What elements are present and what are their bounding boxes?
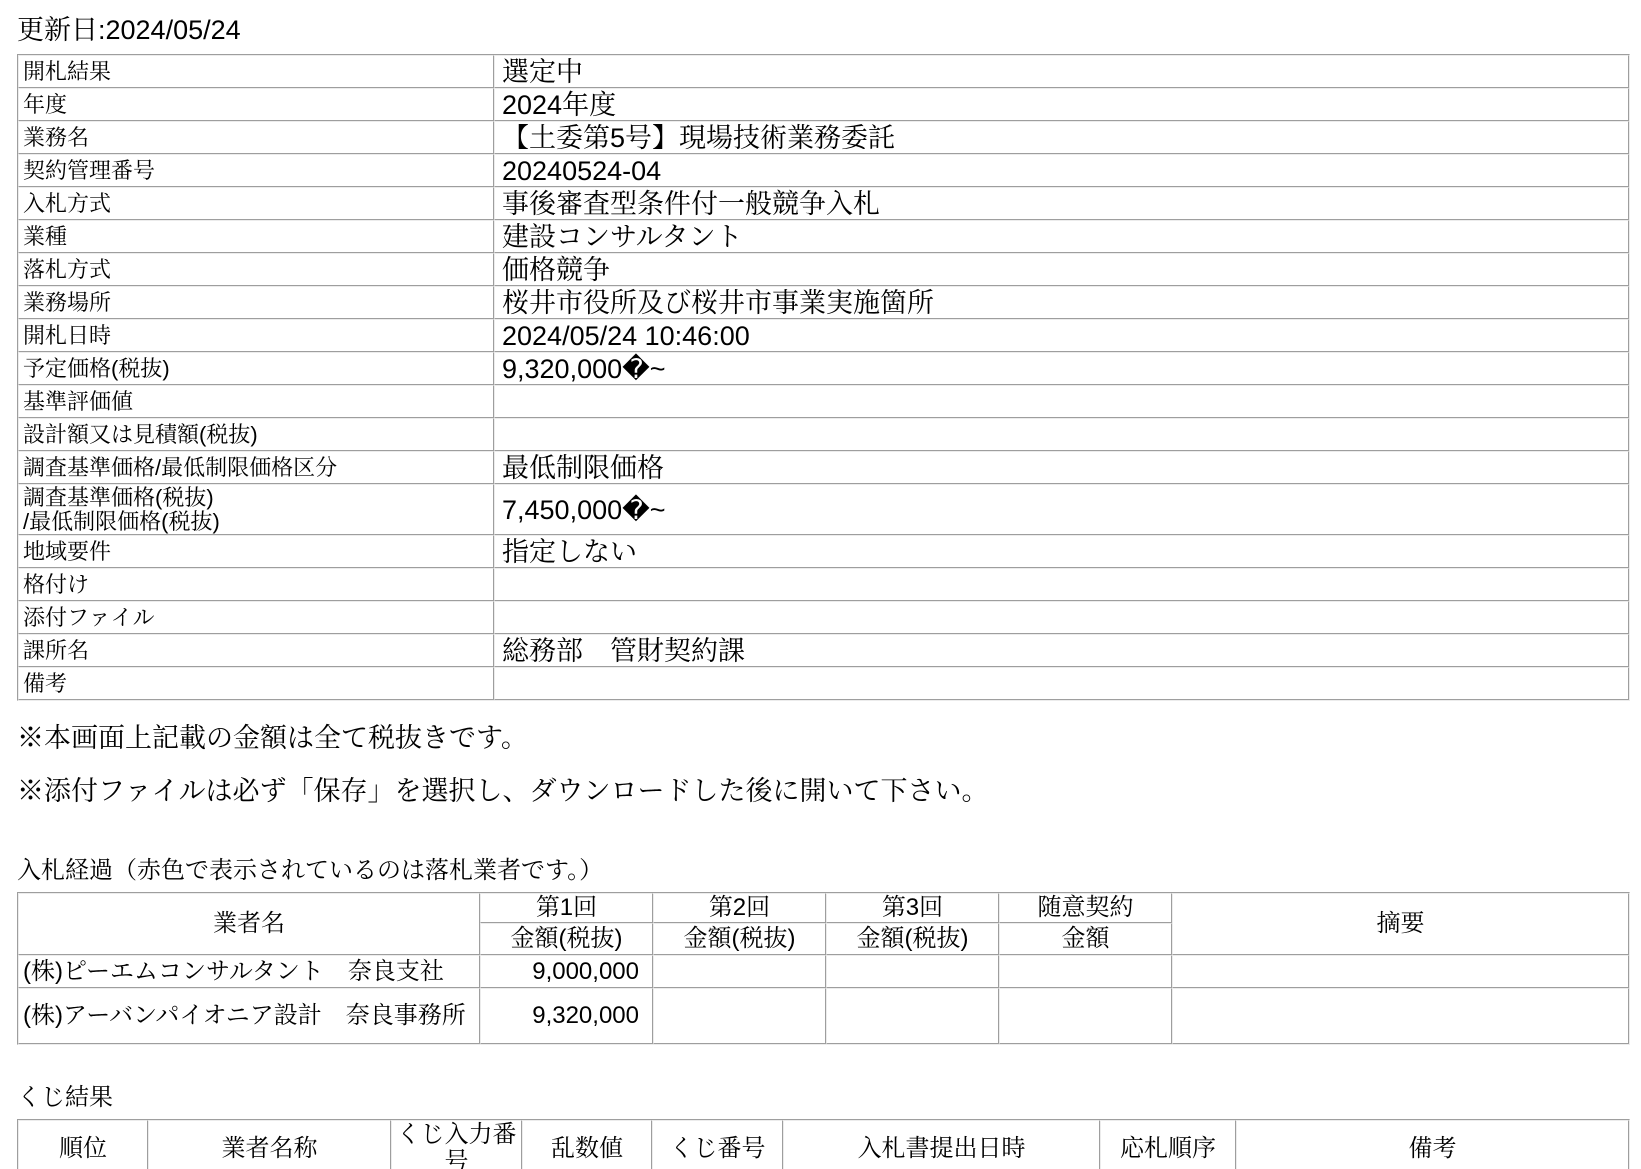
- detail-label: 地域要件: [18, 535, 494, 568]
- detail-row: 落札方式 価格競争: [18, 253, 1629, 286]
- detail-row: 基準評価値: [18, 385, 1629, 418]
- detail-value: [494, 418, 1629, 451]
- bid-history-header-row-1: 業者名 第1回 第2回 第3回 随意契約 摘要: [18, 893, 1629, 923]
- vendor-name-cell: (株)アーバンパイオニア設計 奈良事務所: [18, 988, 480, 1044]
- detail-row: 業務名 【土委第5号】現場技術業務委託: [18, 121, 1629, 154]
- detail-label: 基準評価値: [18, 385, 494, 418]
- rank-header: 順位: [18, 1120, 148, 1169]
- lottery-header-row: 順位 業者名称 くじ入力番号 乱数値 くじ番号 入札書提出日時 応札順序 備考: [18, 1120, 1629, 1169]
- detail-value: [494, 568, 1629, 601]
- detail-label: 予定価格(税抜): [18, 352, 494, 385]
- detail-value: 建設コンサルタント: [494, 220, 1629, 253]
- detail-row: 年度 2024年度: [18, 88, 1629, 121]
- detail-row: 開札日時 2024/05/24 10:46:00: [18, 319, 1629, 352]
- round2-amount-header: 金額(税抜): [653, 923, 826, 955]
- detail-row: 予定価格(税抜) 9,320,000�~: [18, 352, 1629, 385]
- detail-label: 格付け: [18, 568, 494, 601]
- detail-label: 業務名: [18, 121, 494, 154]
- detail-row: 業種 建設コンサルタント: [18, 220, 1629, 253]
- bid-history-heading: 入札経過（赤色で表示されているのは落札業者です。）: [17, 850, 1641, 885]
- detail-value: 価格競争: [494, 253, 1629, 286]
- detail-value: [494, 385, 1629, 418]
- round3-amount-cell: [826, 955, 999, 988]
- round1-header: 第1回: [480, 893, 653, 923]
- detail-label-line2: /最低制限価格(税抜): [23, 510, 489, 534]
- detail-row: 入札方式 事後審査型条件付一般競争入札: [18, 187, 1629, 220]
- round2-amount-cell: [653, 988, 826, 1044]
- detail-row: 設計額又は見積額(税抜): [18, 418, 1629, 451]
- detail-label: 調査基準価格(税抜)/最低制限価格(税抜): [18, 484, 494, 535]
- lottery-number-header: くじ番号: [652, 1120, 783, 1169]
- round1-amount-cell: 9,000,000: [480, 955, 653, 988]
- summary-header: 摘要: [1172, 893, 1629, 955]
- detail-row: 調査基準価格/最低制限価格区分 最低制限価格: [18, 451, 1629, 484]
- detail-label: 設計額又は見積額(税抜): [18, 418, 494, 451]
- detail-label-line1: 調査基準価格(税抜): [23, 485, 214, 510]
- bid-result-page: 更新日:2024/05/24 開札結果 選定中 年度 2024年度 業務名 【土…: [0, 0, 1641, 1169]
- summary-cell: [1172, 988, 1629, 1044]
- round2-amount-cell: [653, 955, 826, 988]
- negotiated-amount-cell: [999, 955, 1172, 988]
- detail-label: 業種: [18, 220, 494, 253]
- detail-row: 業務場所 桜井市役所及び桜井市事業実施箇所: [18, 286, 1629, 319]
- detail-label: 備考: [18, 667, 494, 700]
- detail-value: 7,450,000�~: [494, 484, 1629, 535]
- detail-label: 調査基準価格/最低制限価格区分: [18, 451, 494, 484]
- detail-row: 課所名 総務部 管財契約課: [18, 634, 1629, 667]
- note-attachment-save: ※添付ファイルは必ず「保存」を選択し、ダウンロードした後に開いて下さい。: [17, 769, 1641, 808]
- detail-label: 落札方式: [18, 253, 494, 286]
- detail-label: 業務場所: [18, 286, 494, 319]
- vendor-name-header: 業者名: [18, 893, 480, 955]
- detail-value: 20240524-04: [494, 154, 1629, 187]
- bid-history-row: (株)アーバンパイオニア設計 奈良事務所 9,320,000: [18, 988, 1629, 1044]
- detail-value: 指定しない: [494, 535, 1629, 568]
- detail-row: 地域要件 指定しない: [18, 535, 1629, 568]
- detail-label: 入札方式: [18, 187, 494, 220]
- detail-value: 事後審査型条件付一般競争入札: [494, 187, 1629, 220]
- detail-value: 2024/05/24 10:46:00: [494, 319, 1629, 352]
- detail-row: 調査基準価格(税抜)/最低制限価格(税抜) 7,450,000�~: [18, 484, 1629, 535]
- detail-value: [494, 667, 1629, 700]
- detail-label: 添付ファイル: [18, 601, 494, 634]
- vendor-title-header: 業者名称: [148, 1120, 391, 1169]
- detail-row: 格付け: [18, 568, 1629, 601]
- note-tax-exclusive: ※本画面上記載の金額は全て税抜きです。: [17, 716, 1641, 755]
- round1-amount-header: 金額(税抜): [480, 923, 653, 955]
- detail-value: 2024年度: [494, 88, 1629, 121]
- detail-row: 添付ファイル: [18, 601, 1629, 634]
- detail-label: 開札日時: [18, 319, 494, 352]
- lottery-result-table: 順位 業者名称 くじ入力番号 乱数値 くじ番号 入札書提出日時 応札順序 備考: [17, 1119, 1630, 1169]
- detail-value: 【土委第5号】現場技術業務委託: [494, 121, 1629, 154]
- bid-submit-datetime-header: 入札書提出日時: [783, 1120, 1100, 1169]
- lottery-result-heading: くじ結果: [17, 1077, 1641, 1112]
- bid-order-header: 応札順序: [1100, 1120, 1236, 1169]
- detail-row: 契約管理番号 20240524-04: [18, 154, 1629, 187]
- lottery-input-number-header: くじ入力番号: [391, 1120, 522, 1169]
- bid-detail-table: 開札結果 選定中 年度 2024年度 業務名 【土委第5号】現場技術業務委託 契…: [17, 54, 1630, 701]
- summary-cell: [1172, 955, 1629, 988]
- detail-label: 課所名: [18, 634, 494, 667]
- bid-history-table: 業者名 第1回 第2回 第3回 随意契約 摘要 金額(税抜) 金額(税抜) 金額…: [17, 892, 1630, 1045]
- detail-row: 備考: [18, 667, 1629, 700]
- round3-header: 第3回: [826, 893, 999, 923]
- detail-label: 開札結果: [18, 55, 494, 88]
- detail-value: [494, 601, 1629, 634]
- detail-value: 総務部 管財契約課: [494, 634, 1629, 667]
- negotiated-amount-header: 金額: [999, 923, 1172, 955]
- detail-value: 最低制限価格: [494, 451, 1629, 484]
- bid-history-row: (株)ピーエムコンサルタント 奈良支社 9,000,000: [18, 955, 1629, 988]
- round1-amount-cell: 9,320,000: [480, 988, 653, 1044]
- round2-header: 第2回: [653, 893, 826, 923]
- negotiated-amount-cell: [999, 988, 1172, 1044]
- detail-row: 開札結果 選定中: [18, 55, 1629, 88]
- random-value-header: 乱数値: [522, 1120, 652, 1169]
- vendor-name-cell: (株)ピーエムコンサルタント 奈良支社: [18, 955, 480, 988]
- detail-label: 年度: [18, 88, 494, 121]
- remarks-header: 備考: [1236, 1120, 1629, 1169]
- round3-amount-header: 金額(税抜): [826, 923, 999, 955]
- detail-value: 選定中: [494, 55, 1629, 88]
- negotiated-contract-header: 随意契約: [999, 893, 1172, 923]
- detail-value: 桜井市役所及び桜井市事業実施箇所: [494, 286, 1629, 319]
- updated-date-label: 更新日:2024/05/24: [17, 8, 1641, 47]
- detail-value: 9,320,000�~: [494, 352, 1629, 385]
- detail-label: 契約管理番号: [18, 154, 494, 187]
- round3-amount-cell: [826, 988, 999, 1044]
